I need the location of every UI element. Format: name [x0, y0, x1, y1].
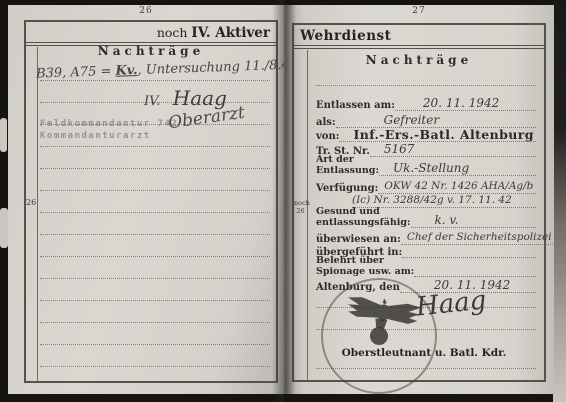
- right-header-title: Wehrdienst: [300, 28, 391, 44]
- field-label: Gesund und entlassungsfähig:: [316, 206, 411, 228]
- ruled-line: [40, 212, 270, 213]
- field-label: Belehrt über Spionage usw. am:: [316, 255, 414, 277]
- field-label: als:: [316, 117, 336, 128]
- right-margin-rule: [307, 50, 308, 380]
- field-von: von: Inf.-Ers.-Batl. Altenburg: [316, 128, 536, 142]
- ruled-line: [40, 278, 270, 279]
- signature-title: Oberstleutnant u. Batl. Kdr.: [322, 347, 526, 359]
- ruled-line: [40, 256, 270, 257]
- field-value: 20. 11. 1942: [395, 97, 536, 111]
- right-page: 27 Wehrdienst Nachträge noch 26 Entlasse…: [284, 5, 554, 394]
- commander-signature: Haag: [415, 285, 488, 322]
- field-entlassungsfaehig: Gesund und entlassungsfähig: k. v.: [316, 204, 536, 228]
- sub-numeral: IV.: [144, 94, 160, 109]
- right-page-frame: Wehrdienst Nachträge noch 26 Entlassen a…: [292, 23, 546, 382]
- left-margin-number: 26: [26, 198, 36, 207]
- field-value: k. v.: [411, 214, 536, 228]
- wehrpass-scan: 26 noch IV. Aktiver Nachträge 26 B39, A: [0, 0, 566, 402]
- left-header-band: noch IV. Aktiver: [26, 22, 276, 43]
- ruled-line: [40, 234, 270, 235]
- eagle-stamp-icon: [331, 282, 428, 379]
- feldkommandantur-stamp: Feldkommandantur 742 Kommandanturarzt: [40, 118, 178, 142]
- ruled-line: [40, 190, 270, 191]
- ruled-line: [316, 85, 536, 86]
- ruled-line: [40, 366, 270, 367]
- unit-stamp-value: Inf.-Ers.-Batl. Altenburg: [339, 128, 536, 142]
- ruled-line: [40, 146, 270, 147]
- field-value: [414, 264, 536, 277]
- book-edge-highlight: [0, 118, 7, 152]
- ruled-line: [40, 344, 270, 345]
- right-header-band: Wehrdienst: [294, 25, 544, 46]
- page-stack-edge: [553, 0, 566, 402]
- left-margin-rule: [37, 47, 38, 381]
- right-page-number: 27: [284, 6, 554, 16]
- field-value: OKW 42 Nr. 1426 AHA/Ag/b: [378, 180, 536, 194]
- field-art-der-entlassung: Art der Entlassung: Uk.-Stellung: [316, 152, 536, 176]
- left-header-title: noch IV. Aktiver: [157, 25, 270, 41]
- field-verfuegung: Verfügung: OKW 42 Nr. 1426 AHA/Ag/b: [316, 180, 536, 194]
- stamp-line-1: Feldkommandantur 742: [40, 118, 178, 130]
- field-value: Chef der Sicherheitspolizei u. SD.: [401, 231, 554, 245]
- field-belehrt-spionage: Belehrt über Spionage usw. am:: [316, 253, 536, 277]
- field-entlassen-am: Entlassen am: 20. 11. 1942: [316, 97, 536, 111]
- field-value: Uk.-Stellung: [379, 162, 536, 176]
- medical-entry: B39, A75 = Kv., Untersuchung 11./8.42: [36, 57, 284, 81]
- header-main: IV. Aktiver: [191, 25, 270, 41]
- ruled-line: [40, 322, 270, 323]
- left-page-number: 26: [8, 6, 284, 16]
- right-section-title: Nachträge: [294, 53, 544, 67]
- header-prefix: noch: [157, 25, 192, 40]
- left-page: 26 noch IV. Aktiver Nachträge 26 B39, A: [8, 5, 284, 394]
- field-label: Art der Entlassung:: [316, 154, 379, 176]
- kv-grade: Kv.: [115, 63, 138, 79]
- ruled-line: [40, 168, 270, 169]
- fitness-codes: B39, A75 =: [36, 64, 116, 82]
- ruled-line: [40, 300, 270, 301]
- stamp-line-2: Kommandanturarzt: [40, 130, 178, 142]
- book-edge-highlight: [0, 208, 8, 248]
- left-section-title: Nachträge: [26, 44, 276, 58]
- field-als: als: Gefreiter: [316, 114, 536, 128]
- right-margin-note: noch 26: [294, 199, 307, 215]
- field-label: Entlassen am:: [316, 100, 395, 111]
- exam-note: , Untersuchung 11./8.42: [137, 57, 284, 78]
- field-label: von:: [316, 131, 339, 142]
- field-value: Gefreiter: [336, 114, 536, 128]
- field-ueberwiesen-an: überwiesen an: Chef der Sicherheitspoliz…: [316, 231, 536, 245]
- left-page-frame: noch IV. Aktiver Nachträge 26 B39, A75 =…: [24, 20, 278, 383]
- field-label: Verfügung:: [316, 183, 378, 194]
